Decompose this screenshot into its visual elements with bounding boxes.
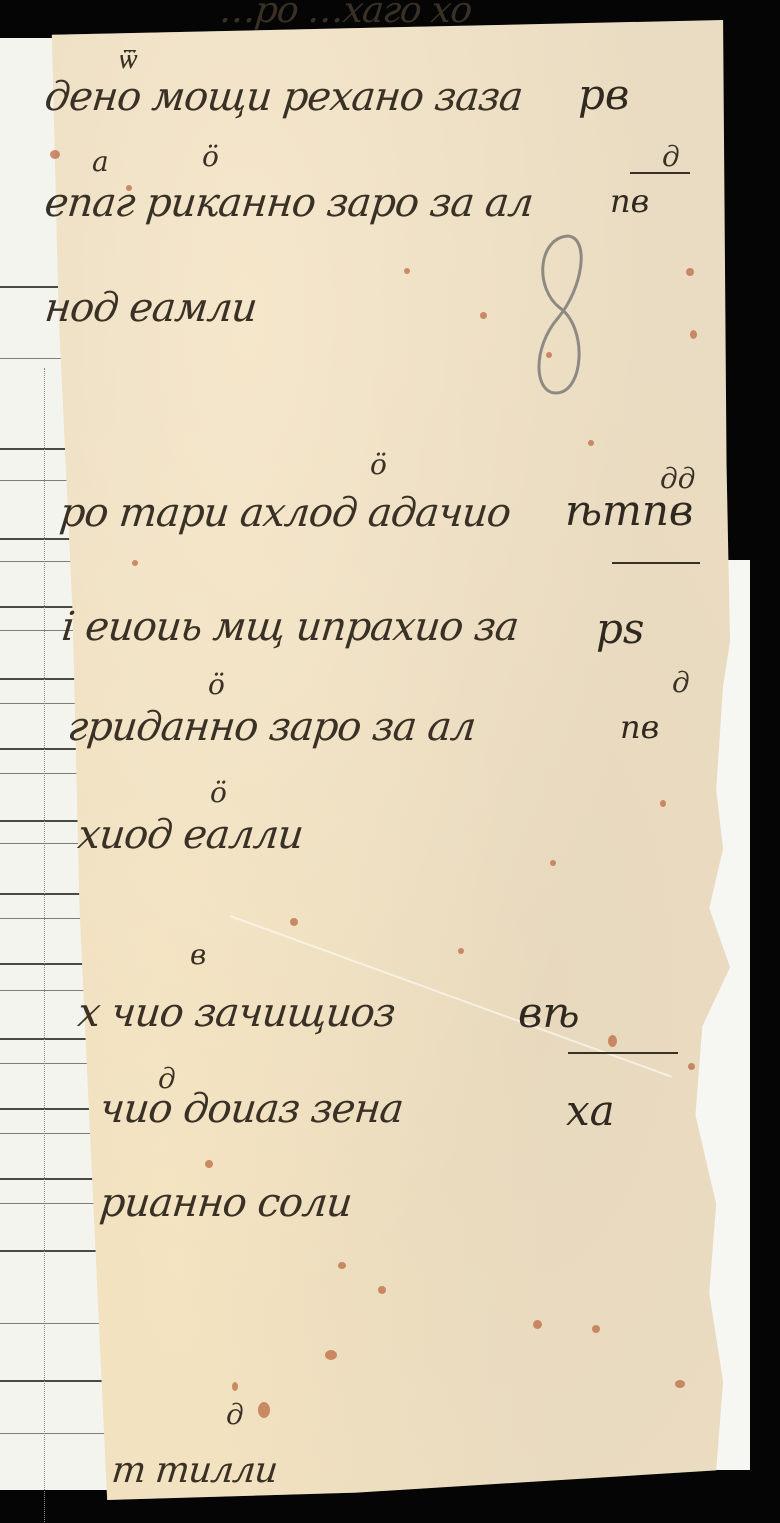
foxing-stain	[258, 1402, 270, 1418]
manuscript-line-10: рианно соли	[98, 1180, 354, 1226]
superscript-mark: д	[226, 1398, 244, 1431]
manuscript-line-8: х чио зачищиоз	[76, 990, 398, 1036]
foxing-stain	[533, 1320, 542, 1329]
foxing-stain	[592, 1325, 600, 1333]
manuscript-line-6: гриданно заро за ал	[66, 704, 478, 750]
foxing-stain	[325, 1350, 337, 1360]
manuscript-number-2: пв	[610, 182, 649, 220]
manuscript-number-1: рв	[578, 70, 629, 119]
foxing-stain	[232, 1382, 238, 1391]
superscript-mark: ӧ	[370, 448, 387, 481]
foxing-stain	[588, 440, 594, 446]
titlo-bar	[568, 1052, 678, 1054]
foxing-stain	[404, 268, 410, 274]
foxing-stain	[50, 150, 60, 159]
foxing-stain	[675, 1380, 685, 1388]
manuscript-number-8: вѣ	[518, 988, 580, 1037]
manuscript-line-5: і еиоиь мщ ипрахио за	[60, 604, 521, 650]
superscript-mark: ӧ	[210, 776, 227, 809]
superscript-mark: ӧ	[208, 668, 225, 701]
superscript-mark: дд	[660, 462, 696, 495]
manuscript-line-7: хиод еалли	[76, 812, 306, 858]
superscript-mark: ѿ	[118, 42, 136, 76]
manuscript-line-top-cut: …ро …хаго хо	[218, 0, 474, 31]
foxing-stain	[608, 1035, 617, 1047]
superscript-mark: а	[92, 145, 109, 178]
foxing-stain	[690, 330, 697, 339]
titlo-bar	[612, 562, 700, 564]
superscript-mark: д	[662, 140, 680, 173]
foxing-stain	[458, 948, 464, 954]
foxing-stain	[205, 1160, 213, 1168]
foxing-stain	[688, 1063, 695, 1070]
foxing-stain	[480, 312, 487, 319]
manuscript-number-6: пв	[620, 708, 659, 746]
manuscript-number-9: ха	[566, 1086, 615, 1135]
foxing-stain	[338, 1262, 346, 1269]
manuscript-line-1: дено мощи рехано заза	[43, 74, 525, 120]
foxing-stain	[660, 800, 666, 807]
manuscript-line-9: чио доиаз зена	[98, 1086, 406, 1132]
superscript-mark: в	[190, 938, 206, 971]
manuscript-line-bottom-cut: т тилли	[110, 1450, 279, 1491]
manuscript-line-3: нод еамли	[43, 285, 259, 331]
manuscript-line-4: ро тари ахлод адачио	[58, 490, 513, 536]
manuscript-line-2: епаг риканно заро за ал	[43, 180, 535, 226]
parchment-fragment	[38, 20, 730, 1500]
pencil-mark-eight	[528, 228, 590, 400]
superscript-mark: д	[158, 1062, 176, 1095]
foxing-stain	[290, 918, 298, 926]
superscript-mark: д	[672, 666, 690, 699]
foxing-stain	[132, 560, 138, 566]
superscript-mark: ӧ	[202, 140, 219, 173]
manuscript-number-5: рѕ	[596, 604, 644, 653]
titlo-bar	[630, 172, 690, 174]
foxing-stain	[378, 1286, 386, 1294]
ruled-margin-line	[44, 368, 45, 1523]
foxing-stain	[550, 860, 556, 866]
foxing-stain	[686, 268, 694, 276]
